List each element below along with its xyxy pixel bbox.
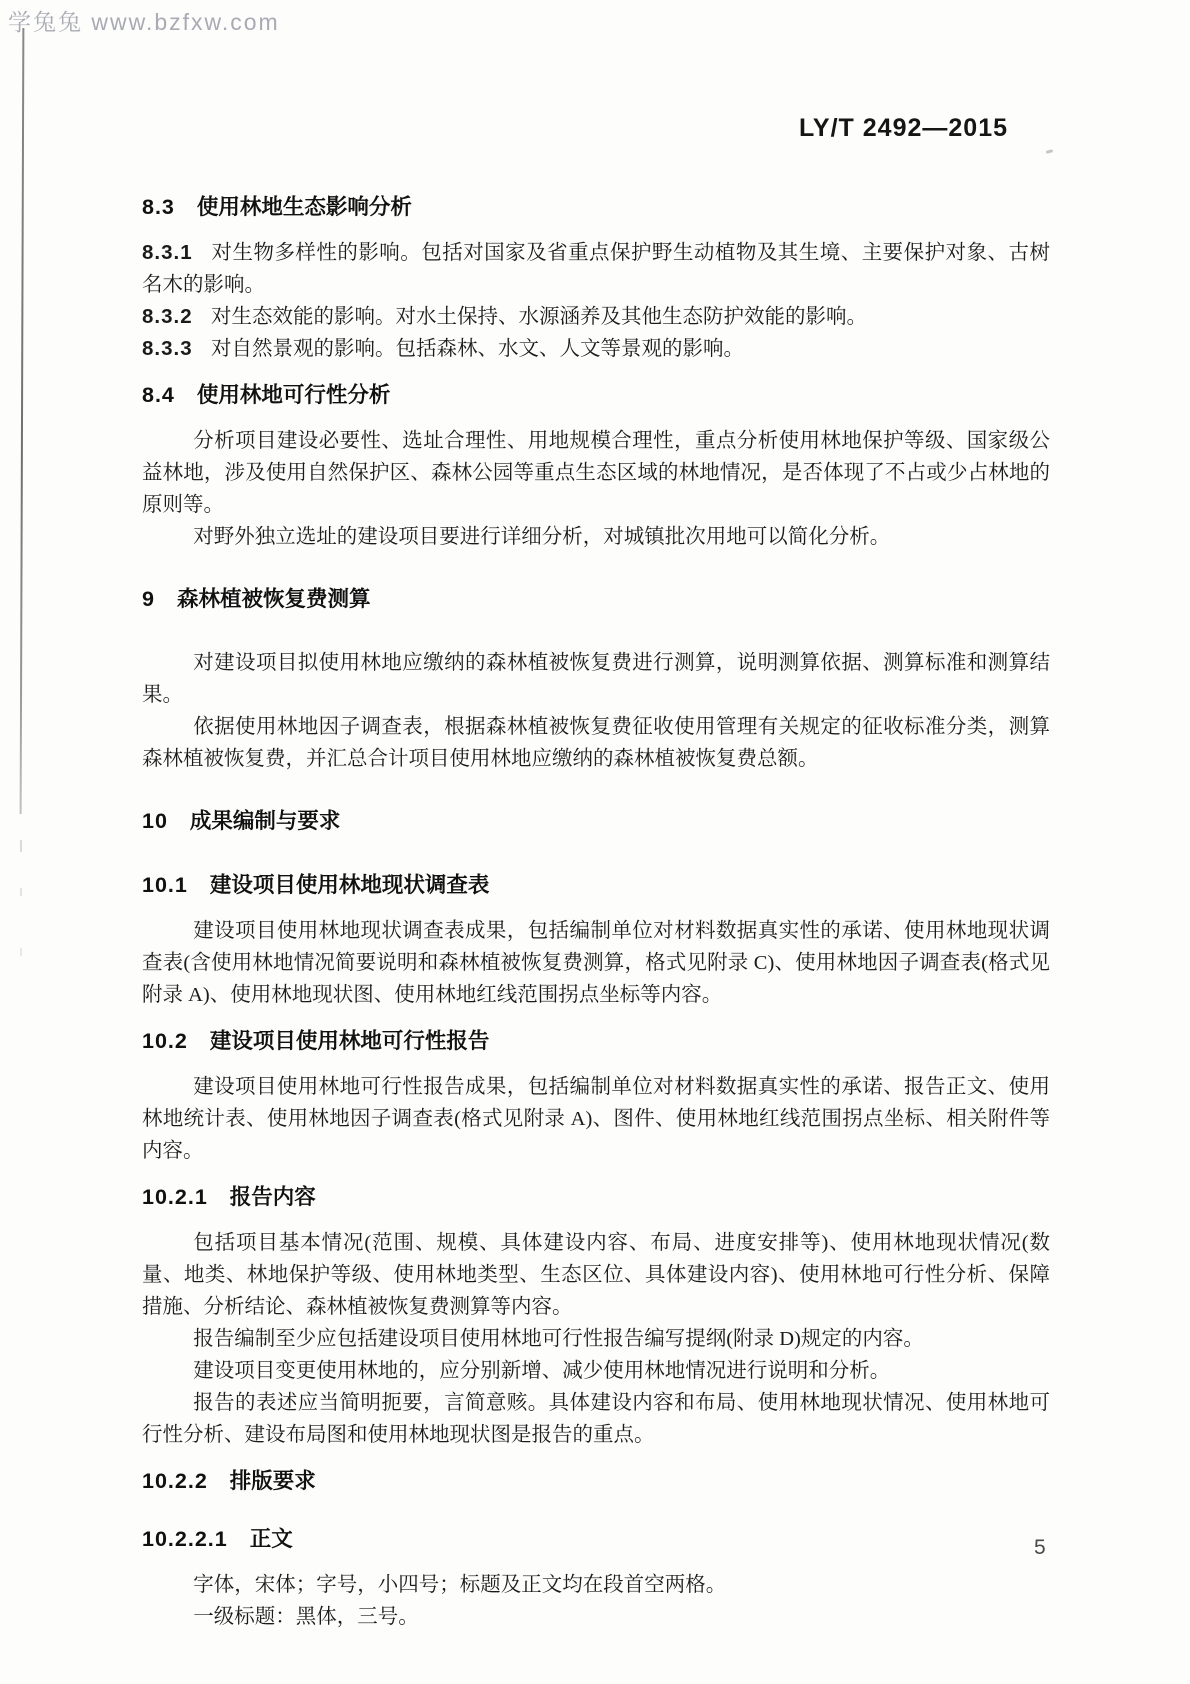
standard-number: LY/T 2492—2015 [799, 114, 1008, 143]
clause-text: 对自然景观的影响。包括森林、水文、人文等景观的影响。 [211, 338, 744, 360]
clause-8-3-1: 8.3.1对生物多样性的影响。包括对国家及省重点保护野生动植物及其生境、主要保护… [142, 237, 1050, 301]
clause-8-3-3: 8.3.3对自然景观的影响。包括森林、水文、人文等景观的影响。 [142, 333, 1050, 365]
section-number: 10.2.2.1 [142, 1527, 228, 1551]
clause-number: 8.3.3 [142, 337, 193, 360]
section-heading-8-4: 8.4使用林地可行性分析 [142, 379, 1050, 411]
section-heading-10-2: 10.2建设项目使用林地可行性报告 [142, 1025, 1050, 1057]
section-title: 森林植被恢复费测算 [177, 587, 371, 611]
section-number: 9 [142, 587, 155, 611]
section-heading-10-1: 10.1建设项目使用林地现状调查表 [142, 869, 1050, 901]
section-number: 10.1 [142, 873, 188, 897]
paragraph: 包括项目基本情况(范围、规模、具体建设内容、布局、进度安排等)、使用林地现状情况… [142, 1227, 1050, 1323]
section-number: 10 [142, 809, 168, 833]
section-heading-10-2-2: 10.2.2排版要求 [142, 1465, 1050, 1497]
section-title: 建设项目使用林地可行性报告 [210, 1029, 490, 1053]
scan-artifact [20, 840, 22, 852]
section-number: 10.2 [142, 1029, 188, 1053]
section-number: 8.3 [142, 195, 175, 219]
section-number: 10.2.1 [142, 1185, 208, 1209]
section-title: 正文 [250, 1527, 293, 1551]
clause-text: 对生态效能的影响。对水土保持、水源涵养及其他生态防护效能的影响。 [211, 306, 867, 328]
section-number: 10.2.2 [142, 1469, 208, 1493]
section-title: 排版要求 [230, 1469, 316, 1493]
section-heading-10-2-1: 10.2.1报告内容 [142, 1181, 1050, 1213]
clause-number: 8.3.1 [142, 241, 193, 264]
scan-artifact [1046, 149, 1054, 154]
paragraph: 分析项目建设必要性、选址合理性、用地规模合理性，重点分析使用林地保护等级、国家级… [142, 425, 1050, 521]
paragraph: 建设项目变更使用林地的，应分别新增、减少使用林地情况进行说明和分析。 [142, 1355, 1050, 1387]
section-title: 使用林地可行性分析 [197, 383, 391, 407]
section-title: 建设项目使用林地现状调查表 [210, 873, 490, 897]
section-heading-10: 10成果编制与要求 [142, 805, 1050, 837]
paragraph: 对建设项目拟使用林地应缴纳的森林植被恢复费进行测算，说明测算依据、测算标准和测算… [142, 647, 1050, 711]
section-heading-10-2-2-1: 10.2.2.1正文 [142, 1523, 1050, 1555]
scan-artifact [20, 948, 22, 956]
section-number: 8.4 [142, 383, 175, 407]
section-title: 成果编制与要求 [190, 809, 341, 833]
paragraph: 报告编制至少应包括建设项目使用林地可行性报告编写提纲(附录 D)规定的内容。 [142, 1323, 1050, 1355]
document-page: 学兔兔 www.bzfxw.com LY/T 2492—2015 8.3使用林地… [0, 0, 1190, 1684]
scan-artifact [20, 888, 22, 896]
paragraph: 建设项目使用林地可行性报告成果，包括编制单位对材料数据真实性的承诺、报告正文、使… [142, 1071, 1050, 1167]
watermark: 学兔兔 www.bzfxw.com [8, 4, 280, 37]
paragraph: 报告的表述应当简明扼要，言简意赅。具体建设内容和布局、使用林地现状情况、使用林地… [142, 1387, 1050, 1451]
paragraph: 建设项目使用林地现状调查表成果，包括编制单位对材料数据真实性的承诺、使用林地现状… [142, 915, 1050, 1011]
section-title: 使用林地生态影响分析 [197, 195, 412, 219]
section-heading-9: 9森林植被恢复费测算 [142, 583, 1050, 615]
paragraph: 依据使用林地因子调查表，根据森林植被恢复费征收使用管理有关规定的征收标准分类，测… [142, 711, 1050, 775]
section-heading-8-3: 8.3使用林地生态影响分析 [142, 191, 1050, 223]
section-title: 报告内容 [230, 1185, 316, 1209]
paragraph: 对野外独立选址的建设项目要进行详细分析，对城镇批次用地可以简化分析。 [142, 521, 1050, 553]
scan-binding-line [20, 28, 25, 814]
paragraph: 字体，宋体；字号，小四号；标题及正文均在段首空两格。 [142, 1569, 1050, 1601]
clause-8-3-2: 8.3.2对生态效能的影响。对水土保持、水源涵养及其他生态防护效能的影响。 [142, 301, 1050, 333]
paragraph: 一级标题：黑体，三号。 [142, 1601, 1050, 1633]
clause-text: 对生物多样性的影响。包括对国家及省重点保护野生动植物及其生境、主要保护对象、古树… [142, 242, 1050, 296]
document-body: 8.3使用林地生态影响分析 8.3.1对生物多样性的影响。包括对国家及省重点保护… [142, 191, 1050, 1633]
clause-number: 8.3.2 [142, 305, 193, 328]
page-number: 5 [1034, 1536, 1046, 1560]
